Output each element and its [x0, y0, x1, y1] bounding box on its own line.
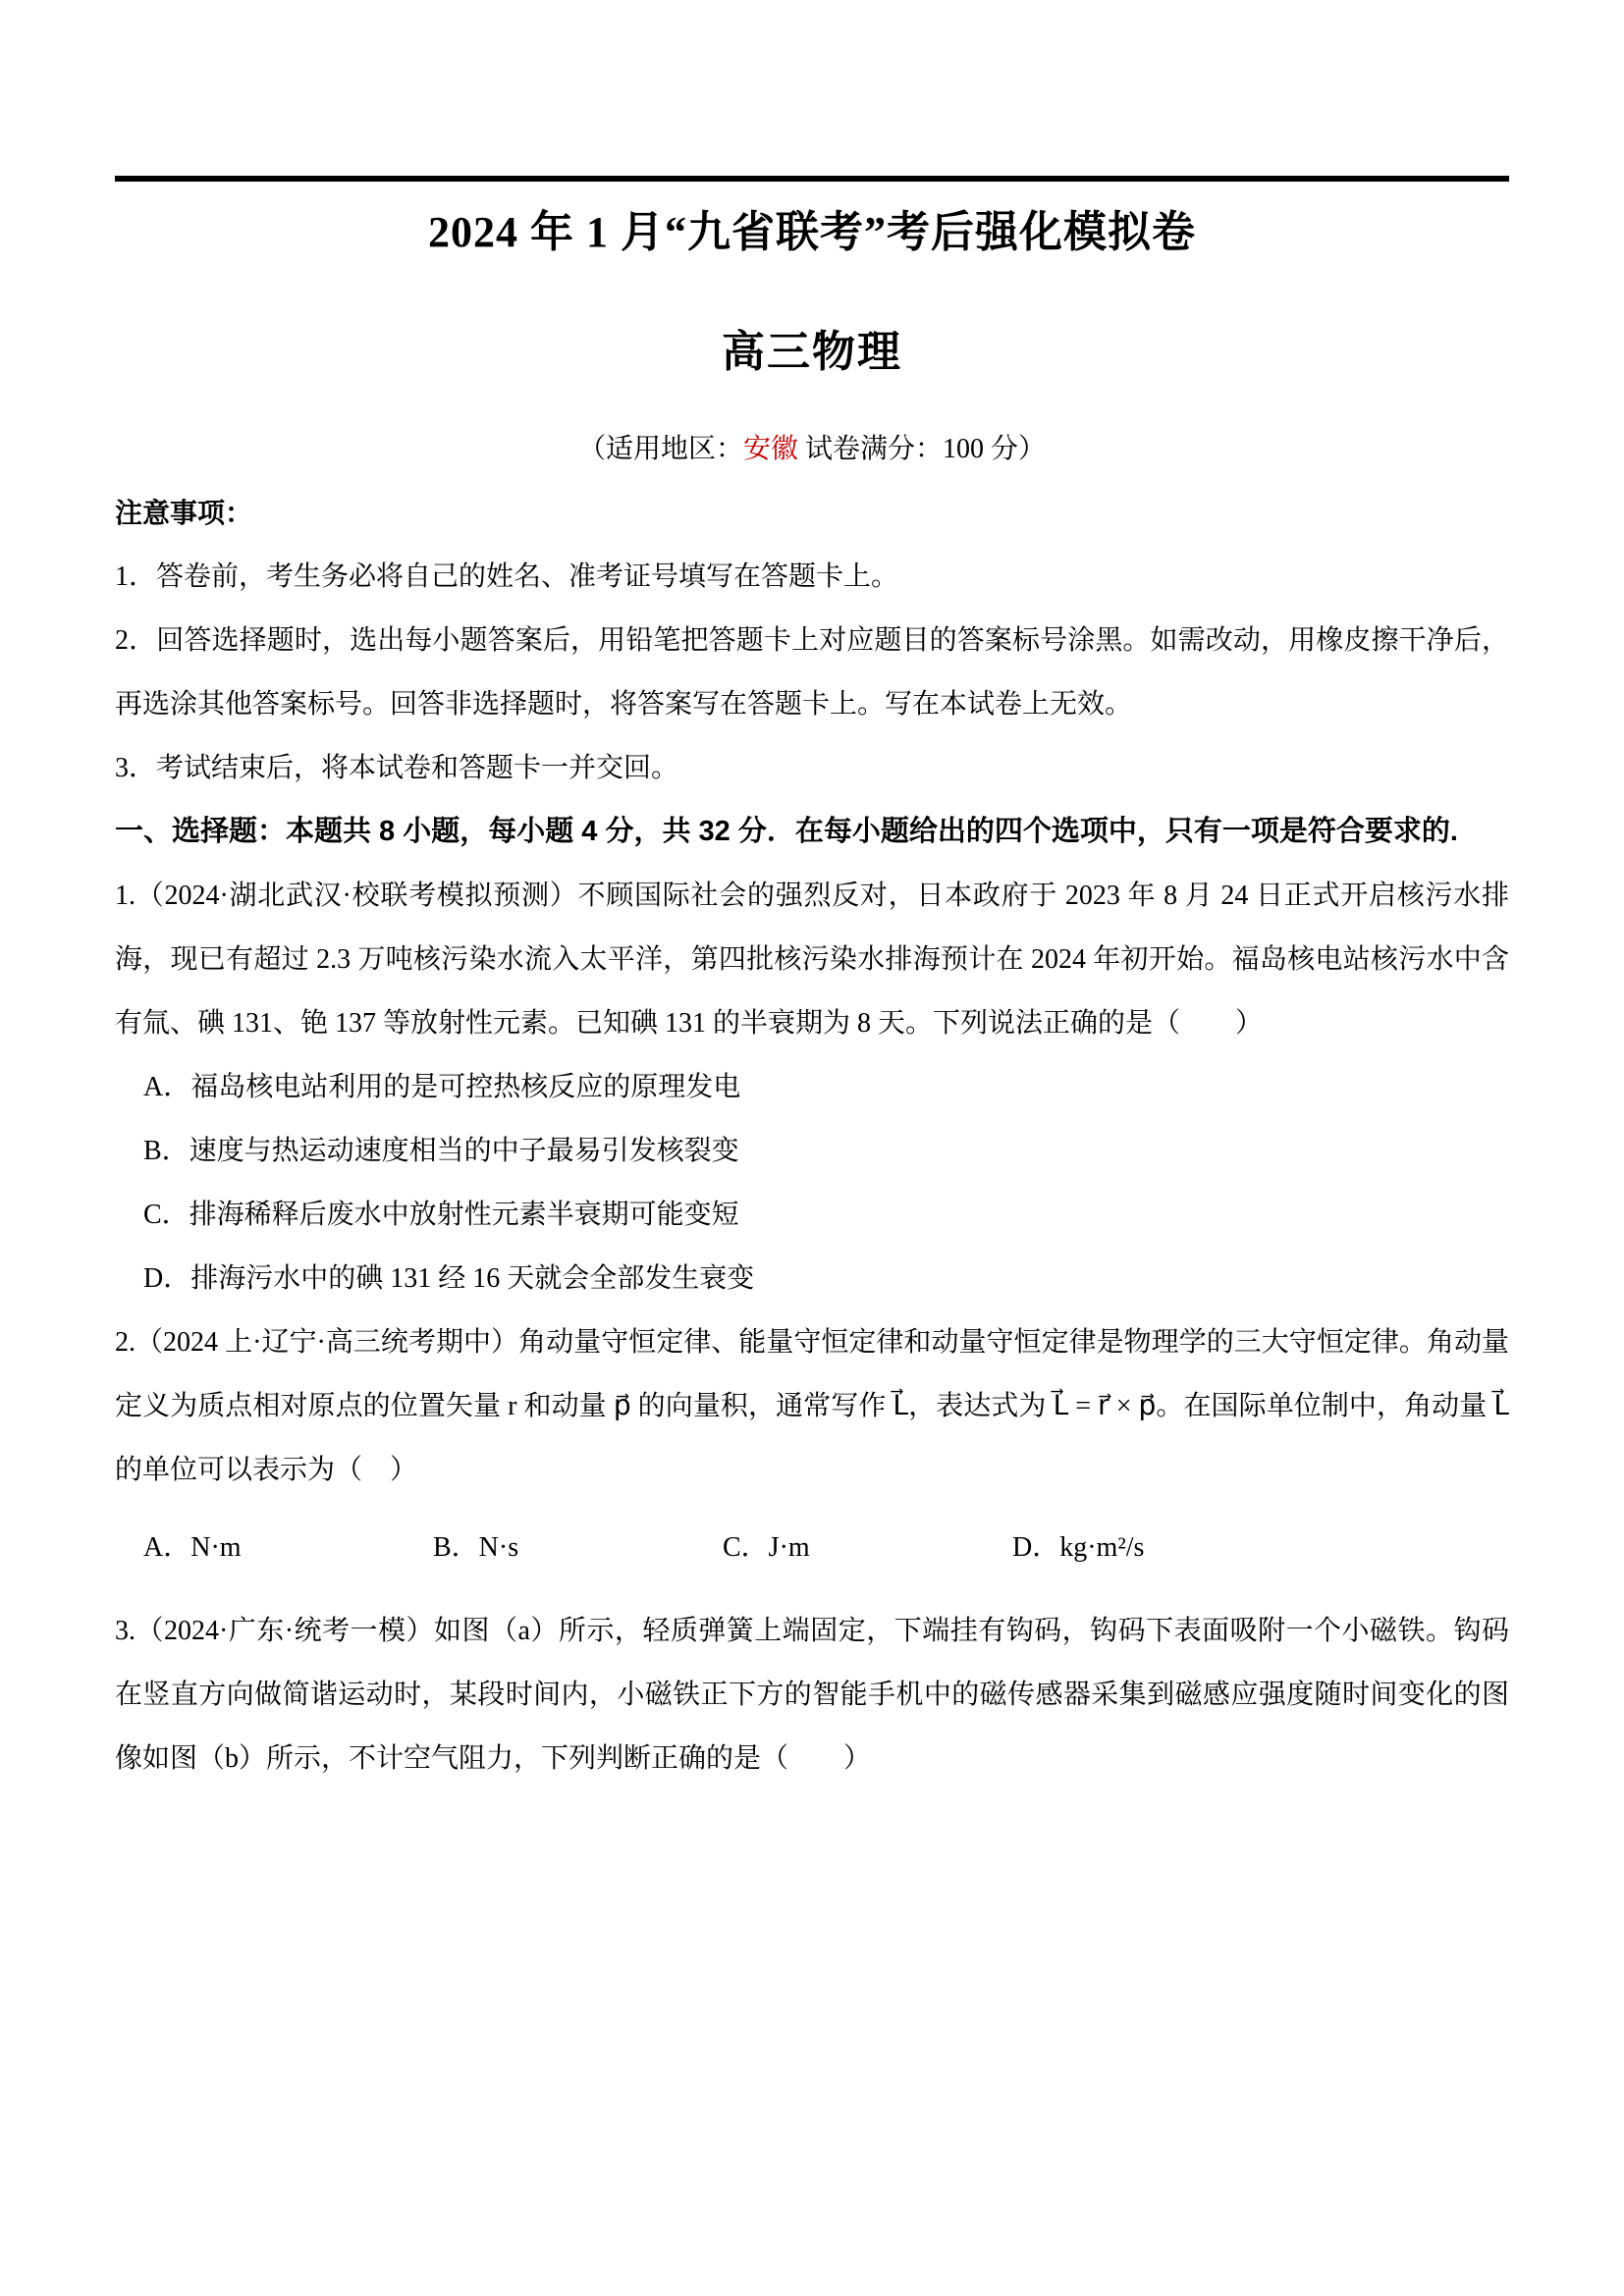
section-heading: 一、选择题：本题共 8 小题，每小题 4 分，共 32 分．在每小题给出的四个选…	[115, 800, 1509, 864]
exam-body: 注意事项： 1．答卷前，考生务必将自己的姓名、准考证号填写在答题卡上。 2．回答…	[115, 481, 1509, 1790]
notice-item-3: 3．考试结束后，将本试卷和答题卡一并交回。	[115, 736, 1509, 800]
info-prefix: （适用地区：	[578, 434, 743, 464]
info-suffix: 试卷满分：100 分）	[798, 434, 1046, 464]
header-rule	[115, 176, 1509, 182]
page-title: 2024 年 1 月“九省联考”考后强化模拟卷	[115, 207, 1509, 258]
page-subtitle: 高三物理	[115, 327, 1509, 378]
notice-item-2: 2．回答选择题时，选出每小题答案后，用铅笔把答题卡上对应题目的答案标号涂黑。如需…	[115, 609, 1509, 736]
notice-heading: 注意事项：	[115, 481, 1509, 545]
exam-paper-page: 2024 年 1 月“九省联考”考后强化模拟卷 高三物理 （适用地区：安徽 试卷…	[0, 0, 1624, 2296]
question-1-stem: 1.（2024·湖北武汉·校联考模拟预测）不顾国际社会的强烈反对，日本政府于 2…	[115, 864, 1509, 1055]
question-2-option-a: A．N·m	[143, 1516, 433, 1579]
question-1-option-a: A．福岛核电站利用的是可控热核反应的原理发电	[115, 1055, 1509, 1119]
notice-item-1: 1．答卷前，考生务必将自己的姓名、准考证号填写在答题卡上。	[115, 545, 1509, 609]
question-1-option-d: D．排海污水中的碘 131 经 16 天就会全部发生衰变	[115, 1247, 1509, 1310]
question-2-options-row: A．N·m B．N·s C．J·m D．kg·m²/s	[115, 1516, 1509, 1579]
exam-info-line: （适用地区：安徽 试卷满分：100 分）	[115, 432, 1509, 467]
question-2-option-c: C．J·m	[723, 1516, 1012, 1579]
info-region-highlight: 安徽	[743, 434, 798, 464]
question-2-option-d: D．kg·m²/s	[1012, 1516, 1144, 1579]
question-3-stem: 3.（2024·广东·统考一模）如图（a）所示，轻质弹簧上端固定，下端挂有钩码，…	[115, 1599, 1509, 1790]
question-1-option-c: C．排海稀释后废水中放射性元素半衰期可能变短	[115, 1183, 1509, 1247]
question-2-stem: 2.（2024 上·辽宁·高三统考期中）角动量守恒定律、能量守恒定律和动量守恒定…	[115, 1310, 1509, 1502]
page-content: 2024 年 1 月“九省联考”考后强化模拟卷 高三物理 （适用地区：安徽 试卷…	[0, 176, 1624, 1790]
question-1-option-b: B．速度与热运动速度相当的中子最易引发核裂变	[115, 1119, 1509, 1183]
question-2-option-b: B．N·s	[433, 1516, 723, 1579]
